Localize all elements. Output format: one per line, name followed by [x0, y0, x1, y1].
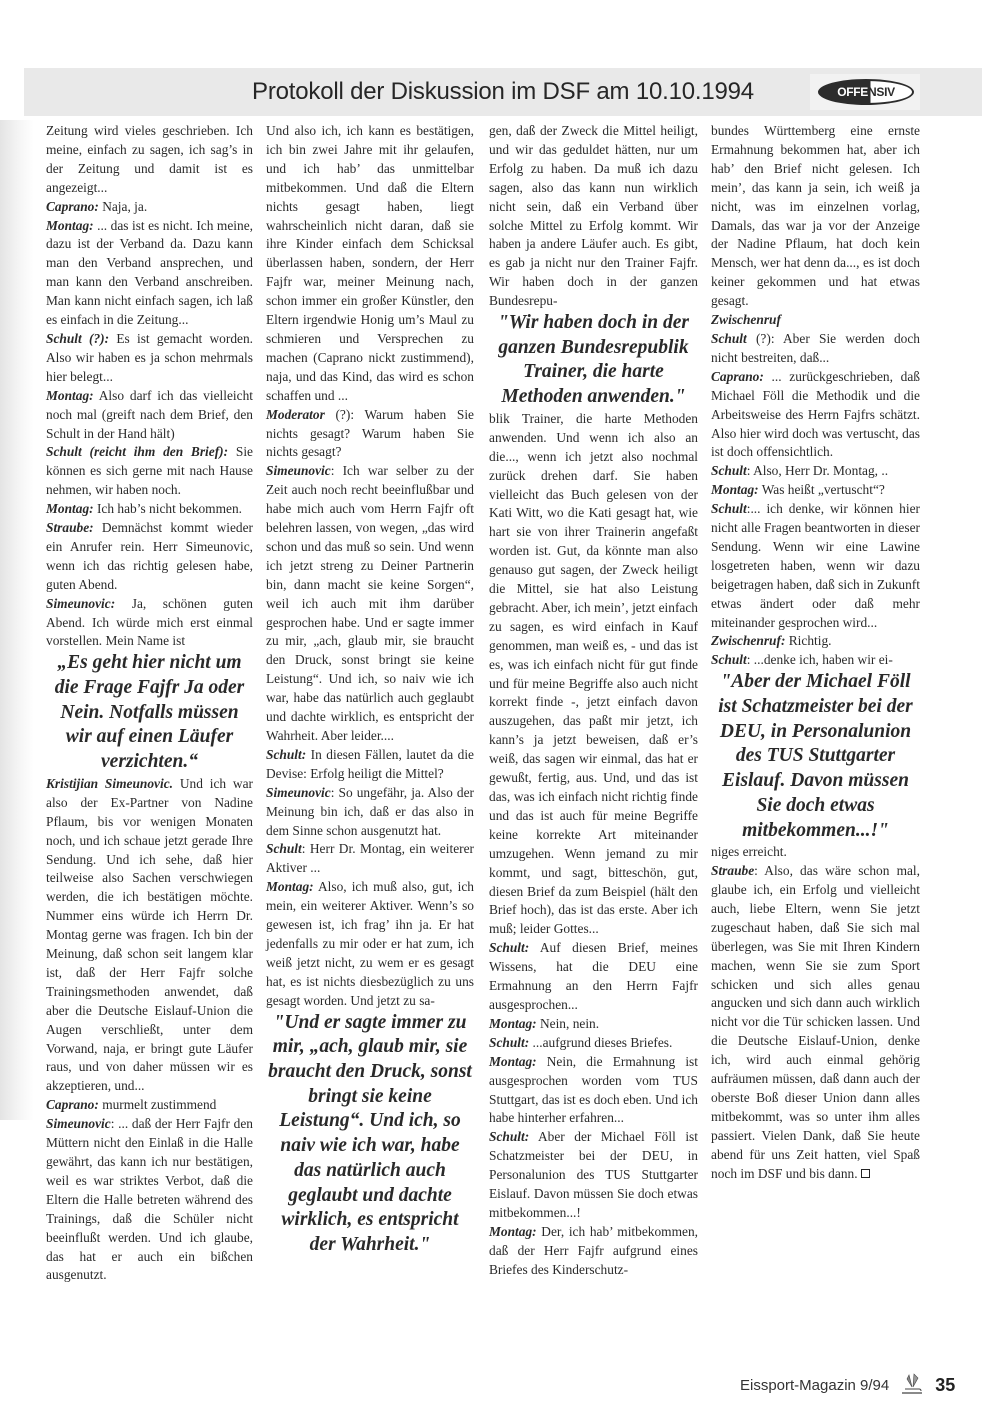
speaker-name: Schult: — [489, 1129, 529, 1144]
dialogue-text: : Also, das wäre schon mal, glaube ich, … — [711, 863, 920, 1181]
speaker-name: Caprano: — [46, 1097, 99, 1112]
offensiv-logo: OFFENSIV — [810, 74, 920, 110]
dialogue-text: : ... daß der Herr Fajfr den Müttern nic… — [46, 1116, 253, 1282]
speaker-name: Schult: — [489, 940, 529, 955]
page-number: 35 — [935, 1375, 955, 1396]
dialogue-paragraph: Montag: Nein, die Ermahnung ist ausgespr… — [489, 1053, 698, 1129]
skate-logo-icon — [899, 1373, 925, 1397]
speaker-name: Schult — [711, 501, 747, 516]
body-paragraph: Zeitung wird vieles geschrieben. Ich mei… — [46, 122, 253, 198]
dialogue-paragraph: Montag: Also darf ich das vielleicht noc… — [46, 387, 253, 444]
article-column-1: Zeitung wird vieles geschrieben. Ich mei… — [46, 122, 253, 1285]
page-footer: Eissport-Magazin 9/94 35 — [740, 1372, 955, 1398]
dialogue-paragraph: Straube: Demnächst kommt wieder ein Anru… — [46, 519, 253, 595]
dialogue-text: murmelt zustimmend — [99, 1097, 217, 1112]
speaker-name: Schult (reicht ihm den Brief): — [46, 444, 228, 459]
dialogue-paragraph: Schult: Also, Herr Dr. Montag, .. — [711, 462, 920, 481]
speaker-name: Montag: — [489, 1224, 537, 1239]
dialogue-text: ... das ist es nicht. Ich meine, dazu is… — [46, 218, 253, 328]
speaker-name: Schult — [711, 331, 747, 346]
dialogue-text: Ich hab’s nicht bekommen. — [94, 501, 242, 516]
speaker-name: Kristijian Simeunovic. — [46, 776, 173, 791]
dialogue-paragraph: Montag: Nein, nein. — [489, 1015, 698, 1034]
offensiv-logo-icon: OFFENSIV — [818, 79, 914, 105]
dialogue-paragraph: Zwischenruf: Richtig. — [711, 632, 920, 651]
speaker-name: Montag: — [711, 482, 759, 497]
speaker-name: Caprano: — [46, 199, 99, 214]
dialogue-paragraph: Schult:... ich denke, wir können hier ni… — [711, 500, 920, 632]
dialogue-paragraph: Montag: Also, ich muß also, gut, ich mei… — [266, 878, 474, 1010]
dialogue-text: Nein, nein. — [537, 1016, 599, 1031]
speaker-name: Moderator — [266, 407, 325, 422]
article-column-2: Und also ich, ich kann es bestätigen, ic… — [266, 122, 474, 1258]
dialogue-text: Richtig. — [785, 633, 831, 648]
body-paragraph: Und also ich, ich kann es bestätigen, ic… — [266, 122, 474, 406]
dialogue-paragraph: Montag: Der, ich hab’ mitbekommen, daß d… — [489, 1223, 698, 1280]
dialogue-paragraph: Caprano: Naja, ja. — [46, 198, 253, 217]
dialogue-paragraph: Montag: Ich hab’s nicht bekommen. — [46, 500, 253, 519]
body-paragraph: bundes Württemberg eine ernste Ermahnung… — [711, 122, 920, 311]
dialogue-text: ...aufgrund dieses Briefes. — [529, 1035, 672, 1050]
pull-quote: "Wir haben doch in der ganzen Bundesrepu… — [489, 311, 698, 410]
speaker-name: Schult — [711, 463, 747, 478]
dialogue-paragraph: Schult: ...denke ich, haben wir ei- — [711, 651, 920, 670]
dialogue-paragraph: Moderator (?): Warum haben Sie nichts ge… — [266, 406, 474, 463]
speaker-name: Schult (?): — [46, 331, 109, 346]
article-column-3: gen, daß der Zweck die Mittel heiligt, u… — [489, 122, 698, 1280]
dialogue-paragraph: Schult: Aber der Michael Föll ist Schatz… — [489, 1128, 698, 1223]
dialogue-paragraph: Kristijian Simeunovic. Und ich war also … — [46, 775, 253, 1096]
body-paragraph: blik Trainer, die harte Methoden anwende… — [489, 410, 698, 939]
dialogue-paragraph: Schult (?): Es ist gemacht worden. Also … — [46, 330, 253, 387]
dialogue-paragraph: Schult: Herr Dr. Montag, ein weiterer Ak… — [266, 840, 474, 878]
speaker-name: Montag: — [46, 501, 94, 516]
dialogue-paragraph: Simeunovic: Ja, schönen guten Abend. Ich… — [46, 595, 253, 652]
magazine-issue: Eissport-Magazin 9/94 — [740, 1377, 889, 1394]
speaker-name: Montag: — [266, 879, 314, 894]
speaker-name: Caprano: — [711, 369, 764, 384]
speaker-name: Simeunovic — [266, 463, 331, 478]
dialogue-paragraph: Straube: Also, das wäre schon mal, glaub… — [711, 862, 920, 1183]
speaker-name: Montag: — [46, 218, 94, 233]
dialogue-paragraph: Montag: ... das ist es nicht. Ich meine,… — [46, 217, 253, 330]
dialogue-text: Also, ich muß also, gut, ich mein, ein w… — [266, 879, 474, 1007]
speaker-name: Simeunovic — [46, 1116, 111, 1131]
dialogue-text: : Ich war selber zu der Zeit auch noch r… — [266, 463, 474, 743]
scan-edge-shadow — [0, 120, 34, 1120]
dialogue-paragraph: Simeunovic: ... daß der Herr Fajfr den M… — [46, 1115, 253, 1285]
dialogue-paragraph: Schult (?): Aber Sie werden doch nicht b… — [711, 330, 920, 368]
dialogue-paragraph: Schult: ...aufgrund dieses Briefes. — [489, 1034, 698, 1053]
body-paragraph: niges erreicht. — [711, 843, 920, 862]
dialogue-paragraph: Schult: Auf diesen Brief, meines Wissens… — [489, 939, 698, 1015]
dialogue-paragraph: Simeunovic: Ich war selber zu der Zeit a… — [266, 462, 474, 746]
dialogue-paragraph: Schult: In diesen Fällen, lautet da die … — [266, 746, 474, 784]
dialogue-paragraph: Caprano: murmelt zustimmend — [46, 1096, 253, 1115]
speaker-name: Schult — [711, 652, 747, 667]
logo-text-white: OFFE — [837, 85, 868, 99]
logo-text-dark: NSIV — [868, 85, 895, 99]
dialogue-text: Und ich war also der Ex-Partner von Nadi… — [46, 776, 253, 1094]
speaker-name: Montag: — [489, 1054, 537, 1069]
dialogue-paragraph: Schult (reicht ihm den Brief): Sie könne… — [46, 443, 253, 500]
speaker-name: Schult: — [489, 1035, 529, 1050]
speaker-name: Zwischenruf — [711, 312, 781, 327]
speaker-name: Schult: — [266, 747, 306, 762]
dialogue-paragraph: Montag: Was heißt „vertuscht“? — [711, 481, 920, 500]
speaker-name: Schult — [266, 841, 302, 856]
dialogue-text: Was heißt „vertuscht“? — [759, 482, 885, 497]
speaker-name: Montag: — [489, 1016, 537, 1031]
dialogue-text: : Also, Herr Dr. Montag, .. — [747, 463, 888, 478]
speaker-name: Straube — [711, 863, 754, 878]
dialogue-text: :... ich denke, wir können hier nicht al… — [711, 501, 920, 629]
pull-quote: „Es geht hier nicht um die Frage Fajfr J… — [46, 651, 253, 775]
speaker-name: Montag: — [46, 388, 94, 403]
dialogue-paragraph: Zwischenruf — [711, 311, 920, 330]
pull-quote: "Und er sagte immer zu mir, „ach, glaub … — [266, 1011, 474, 1258]
dialogue-text: : ...denke ich, haben wir ei- — [747, 652, 893, 667]
dialogue-paragraph: Simeunovic: So ungefähr, ja. Also der Me… — [266, 784, 474, 841]
speaker-name: Simeunovic: — [46, 596, 115, 611]
article-column-4: bundes Württemberg eine ernste Ermahnung… — [711, 122, 920, 1184]
speaker-name: Straube: — [46, 520, 94, 535]
body-paragraph: gen, daß der Zweck die Mittel heiligt, u… — [489, 122, 698, 311]
speaker-name: Simeunovic — [266, 785, 331, 800]
speaker-name: Zwischenruf: — [711, 633, 785, 648]
dialogue-text: Naja, ja. — [99, 199, 147, 214]
end-of-article-icon — [861, 1169, 870, 1178]
dialogue-paragraph: Caprano: ... zurückgeschrieben, daß Mich… — [711, 368, 920, 463]
pull-quote: "Aber der Michael Föll ist Schatzmeister… — [711, 670, 920, 843]
